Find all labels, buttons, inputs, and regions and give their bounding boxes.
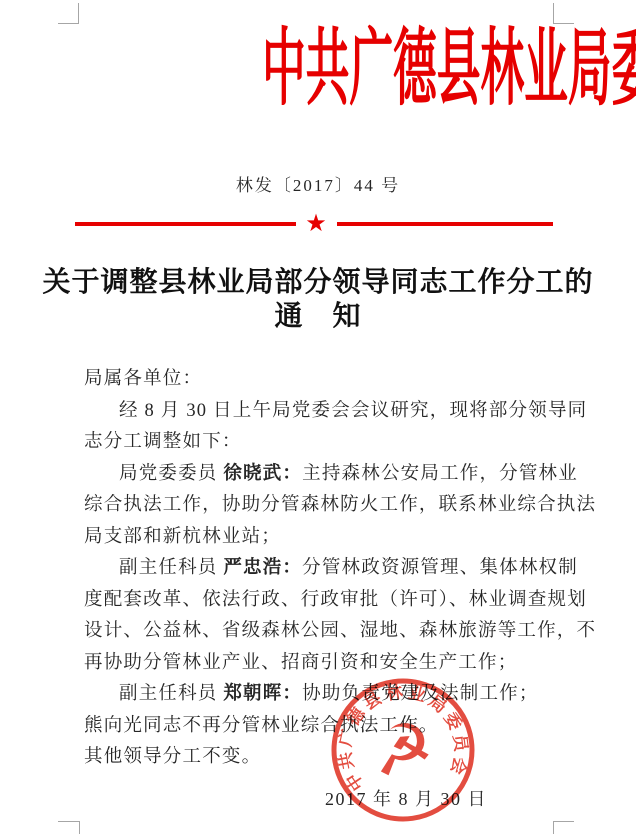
doc-title-line2: 通 知 bbox=[40, 300, 596, 334]
official-seal: 中共广德县林业局委员会 ☭ bbox=[318, 665, 487, 834]
body-line: 副主任科员 严忠浩：分管林政资源管理、集体林权制 bbox=[84, 553, 560, 585]
letterhead-org-title: 中共广德县林业局委员会文件 bbox=[0, 22, 636, 118]
body-line: 经 8 月 30 日上午局党委会会议研究，现将部分领导同 bbox=[84, 396, 560, 428]
body-line: 局属各单位： bbox=[84, 364, 560, 396]
seal-graphic: 中共广德县林业局委员会 ☭ bbox=[318, 665, 487, 834]
doc-number: 林发〔2017〕44 号 bbox=[0, 171, 636, 196]
body-line: 局支部和新杭林业站； bbox=[84, 522, 560, 554]
body-line: 志分工调整如下： bbox=[84, 427, 560, 459]
body-line: 综合执法工作，协助分管森林防火工作，联系林业综合执法 bbox=[84, 490, 560, 522]
body-line: 设计、公益林、省级森林公园、湿地、森林旅游等工作，不 bbox=[84, 616, 560, 648]
hammer-sickle-icon: ☭ bbox=[367, 707, 438, 794]
body-line: 度配套改革、依法行政、行政审批（许可）、林业调查规划 bbox=[84, 585, 560, 617]
red-rule-left bbox=[75, 222, 296, 226]
body-line: 局党委委员 徐晓武：主持森林公安局工作，分管林业 bbox=[84, 459, 560, 491]
doc-title: 关于调整县林业局部分领导同志工作分工的 通 知 bbox=[40, 266, 596, 334]
body-line: 再协助分管林业产业、招商引资和安全生产工作； bbox=[84, 648, 560, 680]
document-page: 中共广德县林业局委员会文件 林发〔2017〕44 号 ★ 关于调整县林业局部分领… bbox=[0, 0, 636, 834]
doc-title-line1: 关于调整县林业局部分领导同志工作分工的 bbox=[40, 266, 596, 300]
body-line: 其他领导分工不变。 bbox=[84, 742, 560, 774]
letterhead-org-title-text: 中共广德县林业局委员会文件 bbox=[262, 22, 636, 118]
red-rule-right bbox=[337, 222, 553, 226]
star-icon: ★ bbox=[300, 209, 332, 237]
